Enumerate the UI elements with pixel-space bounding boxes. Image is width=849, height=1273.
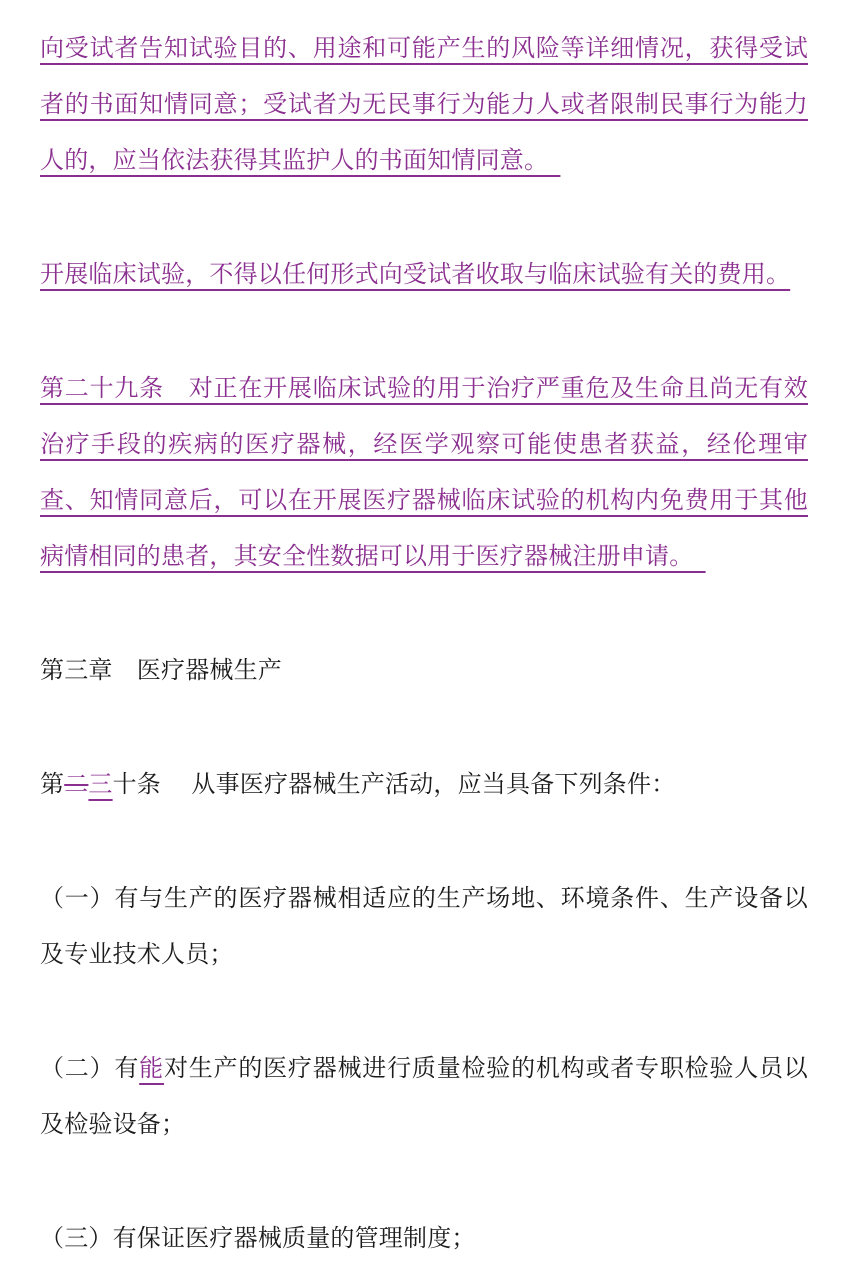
- normal-text-run: 第: [40, 772, 64, 798]
- document-text-body: 向受试者告知试验目的、用途和可能产生的风险等详细情况，获得受试者的书面知情同意；…: [40, 21, 808, 1267]
- article-30-item-3: （三）有保证医疗器械质量的管理制度；: [40, 1211, 808, 1267]
- clause-no-fees: 开展临床试验，不得以任何形式向受试者收取与临床试验有关的费用。: [40, 247, 808, 303]
- article-30-item-2: （二）有能对生产的医疗器械进行质量检验的机构或者专职检验人员以及检验设备；: [40, 1041, 808, 1153]
- clause-informed-consent: 向受试者告知试验目的、用途和可能产生的风险等详细情况，获得受试者的书面知情同意；…: [40, 21, 808, 189]
- inserted-text-run: 开展临床试验，不得以任何形式向受试者收取与临床试验有关的费用。: [40, 262, 790, 288]
- page-background: { "page": { "background": "#ffffff", "te…: [0, 0, 849, 1273]
- article-29: 第二十九条 对正在开展临床试验的用于治疗严重危及生命且尚无有效治疗手段的疾病的医…: [40, 361, 808, 585]
- normal-text-run: 第三章 医疗器械生产: [40, 658, 282, 684]
- inserted-text-run: 向受试者告知试验目的、用途和可能产生的风险等详细情况，获得受试者的书面知情同意；…: [40, 36, 808, 174]
- inserted-text-run: 能: [139, 1056, 164, 1082]
- normal-text-run: （一）有与生产的医疗器械相适应的生产场地、环境条件、生产设备以及专业技术人员；: [40, 886, 808, 968]
- chapter-3-heading: 第三章 医疗器械生产: [40, 643, 808, 699]
- article-30-item-1: （一）有与生产的医疗器械相适应的生产场地、环境条件、生产设备以及专业技术人员；: [40, 871, 808, 983]
- normal-text-run: （三）有保证医疗器械质量的管理制度；: [40, 1226, 476, 1252]
- inserted-text-run: 三: [88, 772, 112, 798]
- document-page: 向受试者告知试验目的、用途和可能产生的风险等详细情况，获得受试者的书面知情同意；…: [0, 0, 849, 1267]
- article-30: 第二三十条 从事医疗器械生产活动，应当具备下列条件：: [40, 757, 808, 813]
- deleted-text-run: 二: [64, 772, 88, 798]
- inserted-text-run: 第二十九条 对正在开展临床试验的用于治疗严重危及生命且尚无有效治疗手段的疾病的医…: [40, 376, 808, 570]
- normal-text-run: （二）有: [40, 1056, 139, 1082]
- normal-text-run: 十条 从事医疗器械生产活动，应当具备下列条件：: [113, 772, 676, 798]
